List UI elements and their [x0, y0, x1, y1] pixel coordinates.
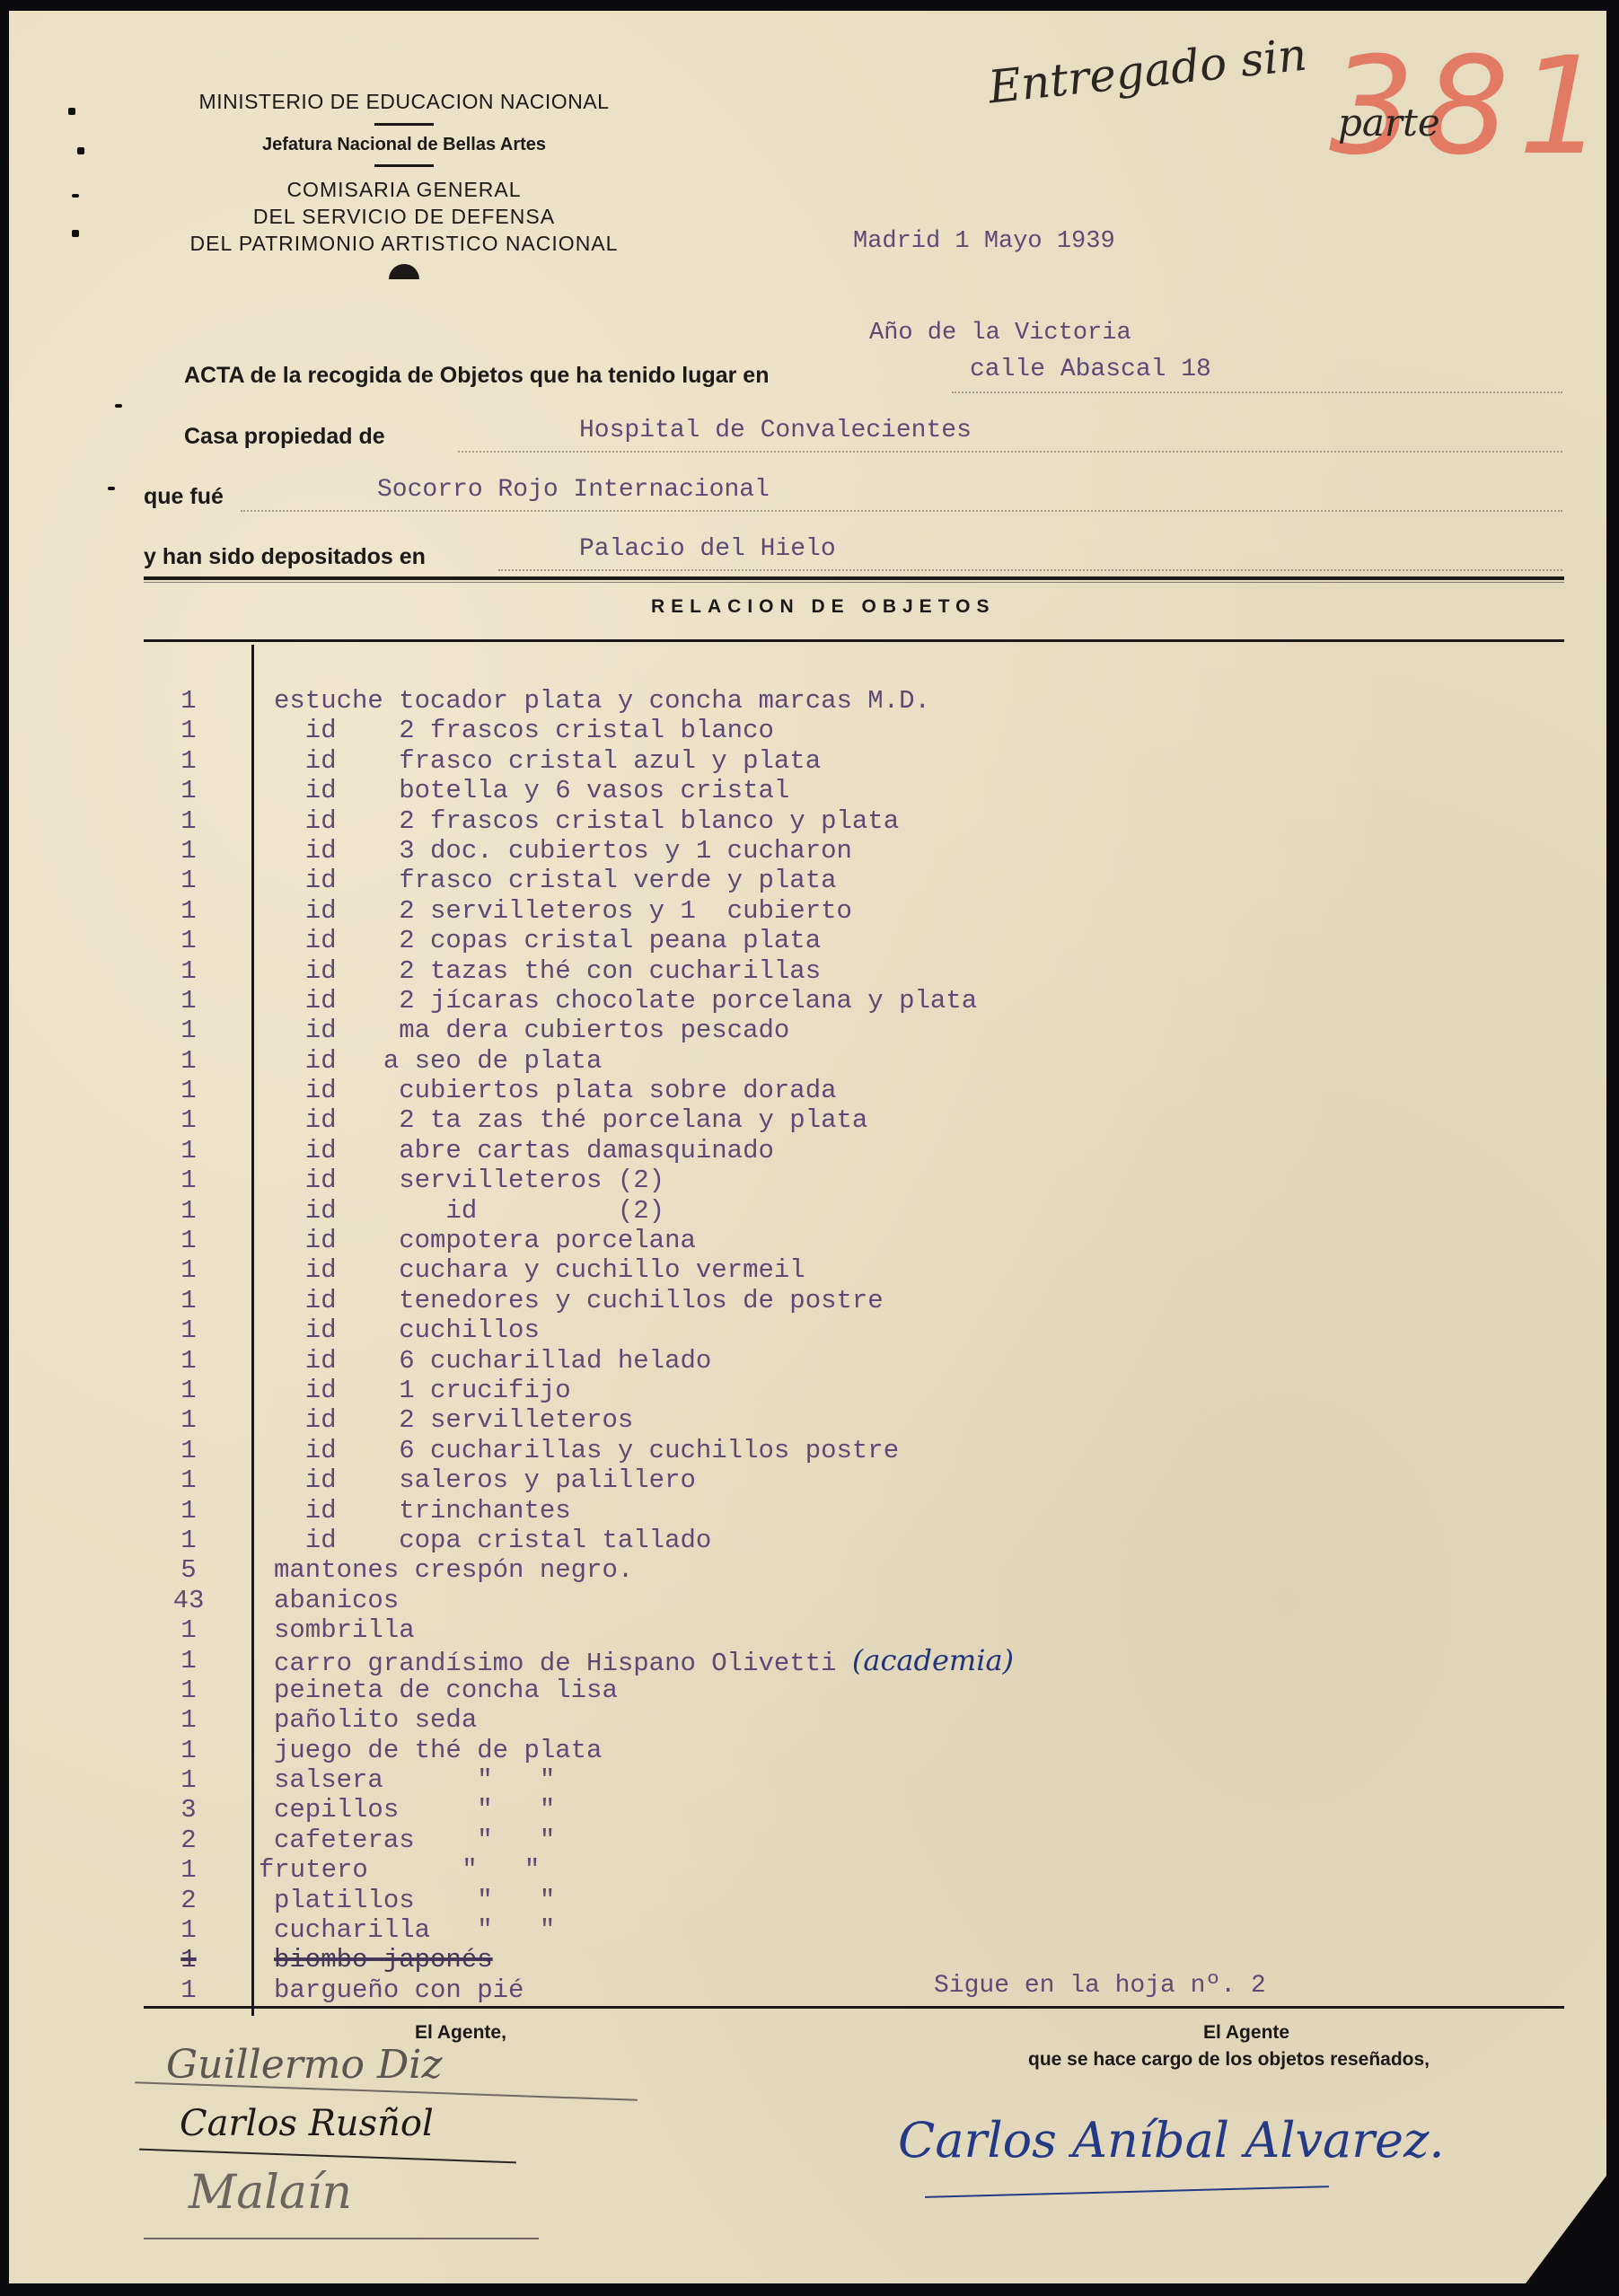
list-item: 1pañolito seda — [153, 1705, 1500, 1735]
section-rule — [144, 582, 1564, 583]
list-item-struck: 1biombo japonés — [153, 1945, 1500, 1975]
section-rule — [144, 2006, 1564, 2009]
punch-mark — [72, 230, 79, 237]
letterhead: MINISTERIO DE EDUCACION NACIONAL Jefatur… — [162, 90, 647, 279]
punch-mark — [108, 487, 115, 490]
list-item: 1 id frasco cristal verde y plata — [153, 866, 1500, 895]
signature: Carlos Aníbal Alvarez. — [898, 2112, 1445, 2168]
document-page: MINISTERIO DE EDUCACION NACIONAL Jefatur… — [9, 11, 1606, 2283]
item-quantity: 1 — [153, 836, 224, 866]
agent-label-left: El Agente, — [415, 2022, 506, 2044]
section-rule — [144, 576, 1564, 580]
item-quantity: 1 — [153, 686, 224, 716]
list-item: 1 id 2 frascos cristal blanco — [153, 716, 1500, 745]
former-owner-label: que fué — [144, 484, 224, 510]
item-quantity: 1 — [153, 1915, 224, 1945]
date-line: Madrid 1 Mayo 1939 — [853, 226, 1131, 257]
item-description: abanicos — [274, 1586, 399, 1615]
item-quantity: 1 — [153, 1436, 224, 1465]
list-item: 1 id compotera porcelana — [153, 1226, 1500, 1255]
list-item: 1carro grandísimo de Hispano Olivetti (a… — [153, 1646, 1500, 1676]
item-description: id 2 frascos cristal blanco — [274, 716, 774, 745]
item-quantity: 1 — [153, 986, 224, 1016]
item-description: id 2 frascos cristal blanco y plata — [274, 806, 899, 836]
item-quantity: 1 — [153, 1736, 224, 1765]
item-quantity: 1 — [153, 1315, 224, 1345]
item-quantity: 43 — [153, 1586, 224, 1615]
item-quantity: 1 — [153, 1226, 224, 1255]
list-item: 1 id cuchillos — [153, 1315, 1500, 1345]
item-quantity: 1 — [153, 776, 224, 805]
item-quantity: 5 — [153, 1555, 224, 1585]
department-name: Jefatura Nacional de Bellas Artes — [162, 135, 647, 155]
item-description: id ma dera cubiertos pescado — [274, 1016, 789, 1045]
letterhead-divider — [374, 164, 434, 167]
item-description: id 1 crucifijo — [274, 1376, 571, 1405]
agent-responsibility-label: que se hace cargo de los objetos reseñad… — [1028, 2049, 1430, 2071]
list-item: 2platillos " " — [153, 1886, 1500, 1915]
item-description: id cuchillos — [274, 1315, 540, 1345]
list-item: 1 id id (2) — [153, 1196, 1500, 1226]
item-description: platillos " " — [274, 1886, 555, 1915]
list-item: 1 id frasco cristal azul y plata — [153, 746, 1500, 776]
item-description: cepillos " " — [274, 1795, 555, 1825]
punch-mark — [77, 147, 84, 154]
item-quantity: 1 — [153, 1076, 224, 1105]
item-quantity: 1 — [153, 1676, 224, 1705]
item-quantity: 1 — [153, 1526, 224, 1555]
item-description: frutero " " — [259, 1855, 540, 1885]
acta-label: ACTA de la recogida de Objetos que ha te… — [184, 363, 769, 389]
list-item: 1 id ma dera cubiertos pescado — [153, 1016, 1500, 1045]
commission-line-2: DEL SERVICIO DE DEFENSA — [162, 203, 647, 230]
signature-stroke — [144, 2238, 539, 2239]
item-description: id tenedores y cuchillos de postre — [274, 1286, 884, 1315]
item-description: cucharilla " " — [274, 1915, 555, 1945]
acta-location-value: calle Abascal 18 — [970, 356, 1211, 383]
signature: Malaín — [189, 2166, 352, 2220]
agent-label-right: El Agente — [1203, 2022, 1289, 2044]
object-list: 1estuche tocador plata y concha marcas M… — [153, 686, 1500, 2005]
list-item: 1 id 6 cucharillas y cuchillos postre — [153, 1436, 1500, 1465]
list-item: 1 id a seo de plata — [153, 1046, 1500, 1076]
list-item: 1 id botella y 6 vasos cristal — [153, 776, 1500, 805]
item-quantity: 1 — [153, 1196, 224, 1226]
item-quantity: 1 — [153, 866, 224, 895]
item-quantity: 1 — [153, 1496, 224, 1526]
item-description: id copa cristal tallado — [274, 1526, 711, 1555]
item-quantity: 1 — [153, 1945, 224, 1975]
item-description: id frasco cristal azul y plata — [274, 746, 821, 776]
item-quantity: 1 — [153, 1405, 224, 1435]
list-item: 1 id servilleteros (2) — [153, 1166, 1500, 1195]
list-item: 1 id tenedores y cuchillos de postre — [153, 1286, 1500, 1315]
item-quantity: 1 — [153, 1166, 224, 1195]
era-line: Año de la Victoria — [853, 318, 1131, 348]
item-quantity: 1 — [153, 1465, 224, 1495]
commission-line-1: COMISARIA GENERAL — [162, 176, 647, 203]
item-description: estuche tocador plata y concha marcas M.… — [274, 686, 930, 716]
list-item: 1peineta de concha lisa — [153, 1676, 1500, 1705]
deposit-label: y han sido depositados en — [144, 544, 426, 570]
dotted-line — [458, 451, 1562, 453]
signature-stroke — [139, 2149, 516, 2164]
item-description: id saleros y palillero — [274, 1465, 696, 1495]
list-item: 1bargueño con pié — [153, 1975, 1500, 2005]
list-item: 1cucharilla " " — [153, 1915, 1500, 1945]
list-item: 1 id 2 servilleteros — [153, 1405, 1500, 1435]
handwritten-note: Entregado sin — [986, 29, 1309, 114]
item-description: id id (2) — [274, 1196, 664, 1226]
list-item: 5mantones crespón negro. — [153, 1555, 1500, 1585]
list-item: 1 id 2 jícaras chocolate porcelana y pla… — [153, 986, 1500, 1016]
item-description: cafeteras " " — [274, 1825, 555, 1855]
ministry-name: MINISTERIO DE EDUCACION NACIONAL — [162, 90, 647, 114]
list-item: 1 id trinchantes — [153, 1496, 1500, 1526]
item-description: peineta de concha lisa — [274, 1676, 618, 1705]
item-quantity: 1 — [153, 806, 224, 836]
list-item: 1 id 3 doc. cubiertos y 1 cucharon — [153, 836, 1500, 866]
dotted-line — [241, 510, 1562, 512]
punch-mark — [72, 194, 79, 198]
item-quantity: 1 — [153, 1105, 224, 1135]
list-item: 1 id 2 copas cristal peana plata — [153, 926, 1500, 955]
item-quantity: 1 — [153, 1376, 224, 1405]
item-quantity: 1 — [153, 1855, 224, 1885]
owner-value: Hospital de Convalecientes — [579, 417, 972, 444]
item-quantity: 1 — [153, 1286, 224, 1315]
item-description: pañolito seda — [274, 1705, 477, 1735]
item-description: id cubiertos plata sobre dorada — [274, 1076, 837, 1105]
item-description: id trinchantes — [274, 1496, 571, 1526]
item-description: id 3 doc. cubiertos y 1 cucharon — [274, 836, 852, 866]
list-item: 1 id cubiertos plata sobre dorada — [153, 1076, 1500, 1105]
item-description: id 2 copas cristal peana plata — [274, 926, 821, 955]
list-item: 1 id 2 ta zas thé porcelana y plata — [153, 1105, 1500, 1135]
letterhead-divider — [374, 123, 434, 126]
deposit-location-value: Palacio del Hielo — [579, 535, 836, 563]
item-quantity: 2 — [153, 1825, 224, 1855]
list-item: 2cafeteras " " — [153, 1825, 1500, 1855]
list-item: 1juego de thé de plata — [153, 1736, 1500, 1765]
item-quantity: 1 — [153, 746, 224, 776]
item-description: id 6 cucharillas y cuchillos postre — [274, 1436, 899, 1465]
item-quantity: 1 — [153, 926, 224, 955]
commission-line-3: DEL PATRIMONIO ARTISTICO NACIONAL — [162, 230, 647, 257]
item-quantity: 2 — [153, 1886, 224, 1915]
item-description: carro grandísimo de Hispano Olivetti (ac… — [274, 1646, 1014, 1678]
signature: Carlos Rusñol — [180, 2103, 434, 2144]
item-description: salsera " " — [274, 1765, 555, 1795]
item-quantity: 1 — [153, 1765, 224, 1795]
item-description: id a seo de plata — [274, 1046, 602, 1076]
item-quantity: 1 — [153, 956, 224, 986]
item-description: id 2 ta zas thé porcelana y plata — [274, 1105, 867, 1135]
list-item: 1estuche tocador plata y concha marcas M… — [153, 686, 1500, 716]
item-quantity: 1 — [153, 1705, 224, 1735]
list-item: 1 id 2 frascos cristal blanco y plata — [153, 806, 1500, 836]
section-rule — [144, 639, 1564, 642]
item-description: mantones crespón negro. — [274, 1555, 633, 1585]
item-description: id 2 tazas thé con cucharillas — [274, 956, 821, 986]
continuation-note: Sigue en la hoja nº. 2 — [934, 1972, 1266, 2000]
list-item: 1 id saleros y palillero — [153, 1465, 1500, 1495]
list-item: 1 id 2 servilleteros y 1 cubierto — [153, 896, 1500, 926]
emblem-icon — [389, 264, 419, 279]
former-owner-value: Socorro Rojo Internacional — [377, 476, 770, 504]
item-quantity: 1 — [153, 1975, 224, 2005]
item-description: sombrilla — [274, 1615, 415, 1645]
item-quantity: 1 — [153, 1046, 224, 1076]
section-title: RELACION DE OBJETOS — [651, 596, 995, 618]
item-quantity: 1 — [153, 1136, 224, 1166]
item-description: id compotera porcelana — [274, 1226, 696, 1255]
item-quantity: 1 — [153, 1346, 224, 1376]
list-item: 43abanicos — [153, 1586, 1500, 1615]
item-description: id servilleteros (2) — [274, 1166, 664, 1195]
signature: Guillermo Diz — [166, 2042, 443, 2088]
list-item: 1 id 6 cucharillad helado — [153, 1346, 1500, 1376]
item-quantity: 1 — [153, 1016, 224, 1045]
handwritten-annotation: (academia) — [852, 1643, 1014, 1677]
list-item: 3cepillos " " — [153, 1795, 1500, 1825]
item-description: id 6 cucharillad helado — [274, 1346, 711, 1376]
item-description: id frasco cristal verde y plata — [274, 866, 837, 895]
dotted-line — [498, 569, 1562, 571]
punch-mark — [68, 108, 75, 115]
dotted-line — [952, 391, 1562, 393]
item-quantity: 1 — [153, 1615, 224, 1645]
handwritten-note-continued: parte — [1338, 101, 1440, 145]
list-item: 1 id cuchara y cuchillo vermeil — [153, 1255, 1500, 1285]
item-description-text: carro grandísimo de Hispano Olivetti — [274, 1649, 852, 1678]
list-item: 1sombrilla — [153, 1615, 1500, 1645]
signature-stroke — [925, 2186, 1329, 2198]
list-item: 1 id 2 tazas thé con cucharillas — [153, 956, 1500, 986]
punch-mark — [115, 404, 122, 408]
item-description: id 2 jícaras chocolate porcelana y plata — [274, 986, 977, 1016]
item-description: id botella y 6 vasos cristal — [274, 776, 789, 805]
list-item: 1 id abre cartas damasquinado — [153, 1136, 1500, 1166]
item-description: id 2 servilleteros — [274, 1405, 633, 1435]
item-quantity: 1 — [153, 1255, 224, 1285]
folded-corner — [1526, 2176, 1606, 2283]
item-quantity: 1 — [153, 1646, 224, 1676]
list-item: 1 id 1 crucifijo — [153, 1376, 1500, 1405]
item-quantity: 3 — [153, 1795, 224, 1825]
owner-label: Casa propiedad de — [184, 424, 385, 450]
item-description: bargueño con pié — [274, 1975, 524, 2005]
item-quantity: 1 — [153, 896, 224, 926]
item-description: id cuchara y cuchillo vermeil — [274, 1255, 805, 1285]
item-description: id abre cartas damasquinado — [274, 1136, 774, 1166]
list-item: 1frutero " " — [153, 1855, 1500, 1885]
item-description-struck: biombo japonés — [274, 1945, 493, 1975]
item-description: juego de thé de plata — [274, 1736, 602, 1765]
item-quantity: 1 — [153, 716, 224, 745]
list-item: 1salsera " " — [153, 1765, 1500, 1795]
item-description: id 2 servilleteros y 1 cubierto — [274, 896, 852, 926]
list-item: 1 id copa cristal tallado — [153, 1526, 1500, 1555]
